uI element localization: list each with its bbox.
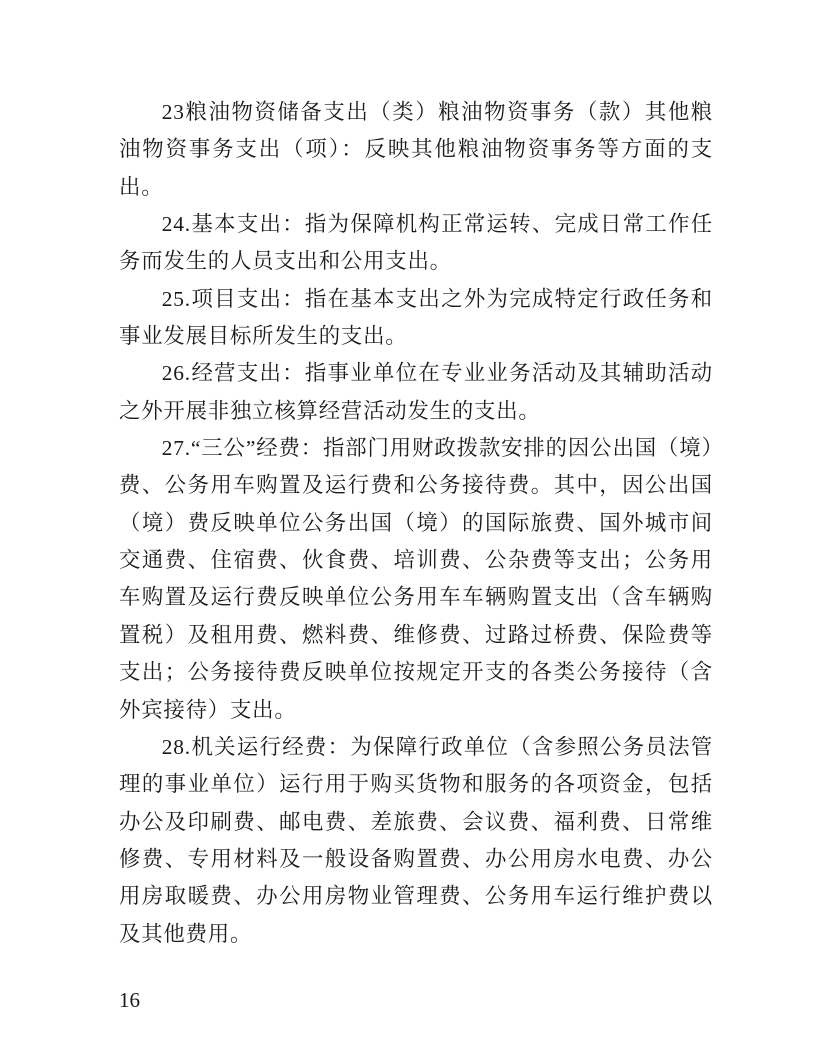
paragraph-item-24: 24.基本支出：指为保障机构正常运转、完成日常工作任务而发生的人员支出和公用支出… <box>119 206 713 281</box>
page-number: 16 <box>119 986 140 1014</box>
document-page: 23粮油物资储备支出（类）粮油物资事务（款）其他粮油物资事务支出（项）：反映其他… <box>0 0 816 1056</box>
paragraph-item-25: 25.项目支出：指在基本支出之外为完成特定行政任务和事业发展目标所发生的支出。 <box>119 281 713 356</box>
paragraph-item-26: 26.经营支出：指事业单位在专业业务活动及其辅助活动之外开展非独立核算经营活动发… <box>119 355 713 430</box>
paragraph-item-27: 27.“三公”经费：指部门用财政拨款安排的因公出国（境）费、公务用车购置及运行费… <box>119 430 713 729</box>
paragraph-item-28: 28.机关运行经费：为保障行政单位（含参照公务员法管理的事业单位）运行用于购买货… <box>119 729 713 953</box>
text-block: 23粮油物资储备支出（类）粮油物资事务（款）其他粮油物资事务支出（项）：反映其他… <box>119 94 713 953</box>
paragraph-item-23: 23粮油物资储备支出（类）粮油物资事务（款）其他粮油物资事务支出（项）：反映其他… <box>119 94 713 206</box>
